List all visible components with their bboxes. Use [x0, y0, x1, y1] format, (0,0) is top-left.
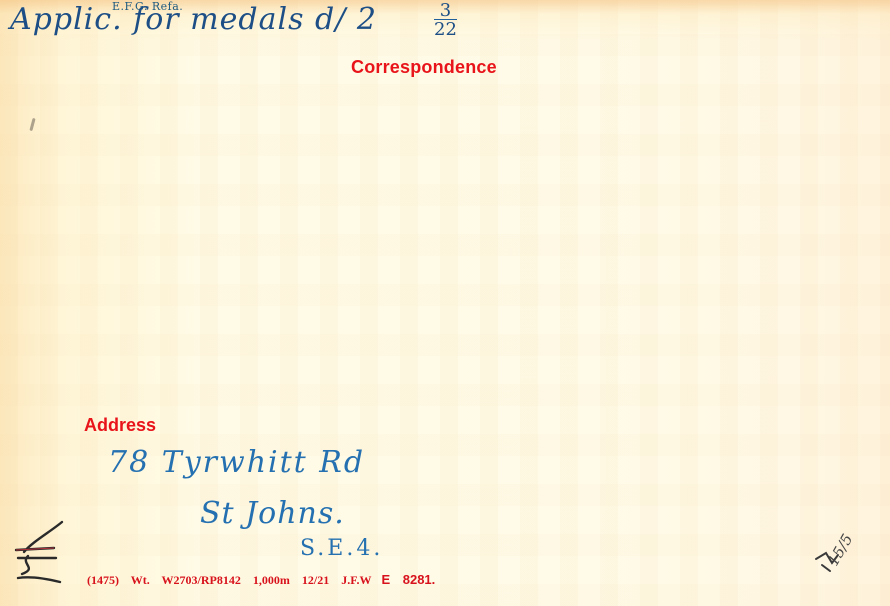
- fraction-denominator: 22: [434, 19, 457, 38]
- top-note-date-fraction: 3 22: [434, 2, 457, 38]
- address-heading: Address: [84, 415, 156, 436]
- fraction-numerator: 3: [434, 2, 457, 19]
- printer-code-text: (1475) Wt. W2703/RP8142 1,000m 12/21 J.F…: [87, 573, 371, 587]
- form-serial: E 8281.: [381, 572, 435, 587]
- address-line-1: 78 Tyrwhitt Rd: [108, 445, 365, 480]
- address-line-3: S.E.4.: [300, 536, 383, 561]
- address-line-2: St Johns.: [200, 496, 345, 531]
- top-handwritten-note: Applic. for medals d/ 2: [10, 2, 377, 37]
- initials-scribble-icon: [10, 518, 70, 588]
- medal-index-card: E.F.G. Refa. Applic. for medals d/ 2 3 2…: [0, 0, 890, 606]
- printer-code: (1475) Wt. W2703/RP8142 1,000m 12/21 J.F…: [87, 572, 435, 588]
- paper-speck: [29, 118, 35, 131]
- correspondence-heading: Correspondence: [351, 57, 497, 78]
- paper-texture: [0, 0, 890, 606]
